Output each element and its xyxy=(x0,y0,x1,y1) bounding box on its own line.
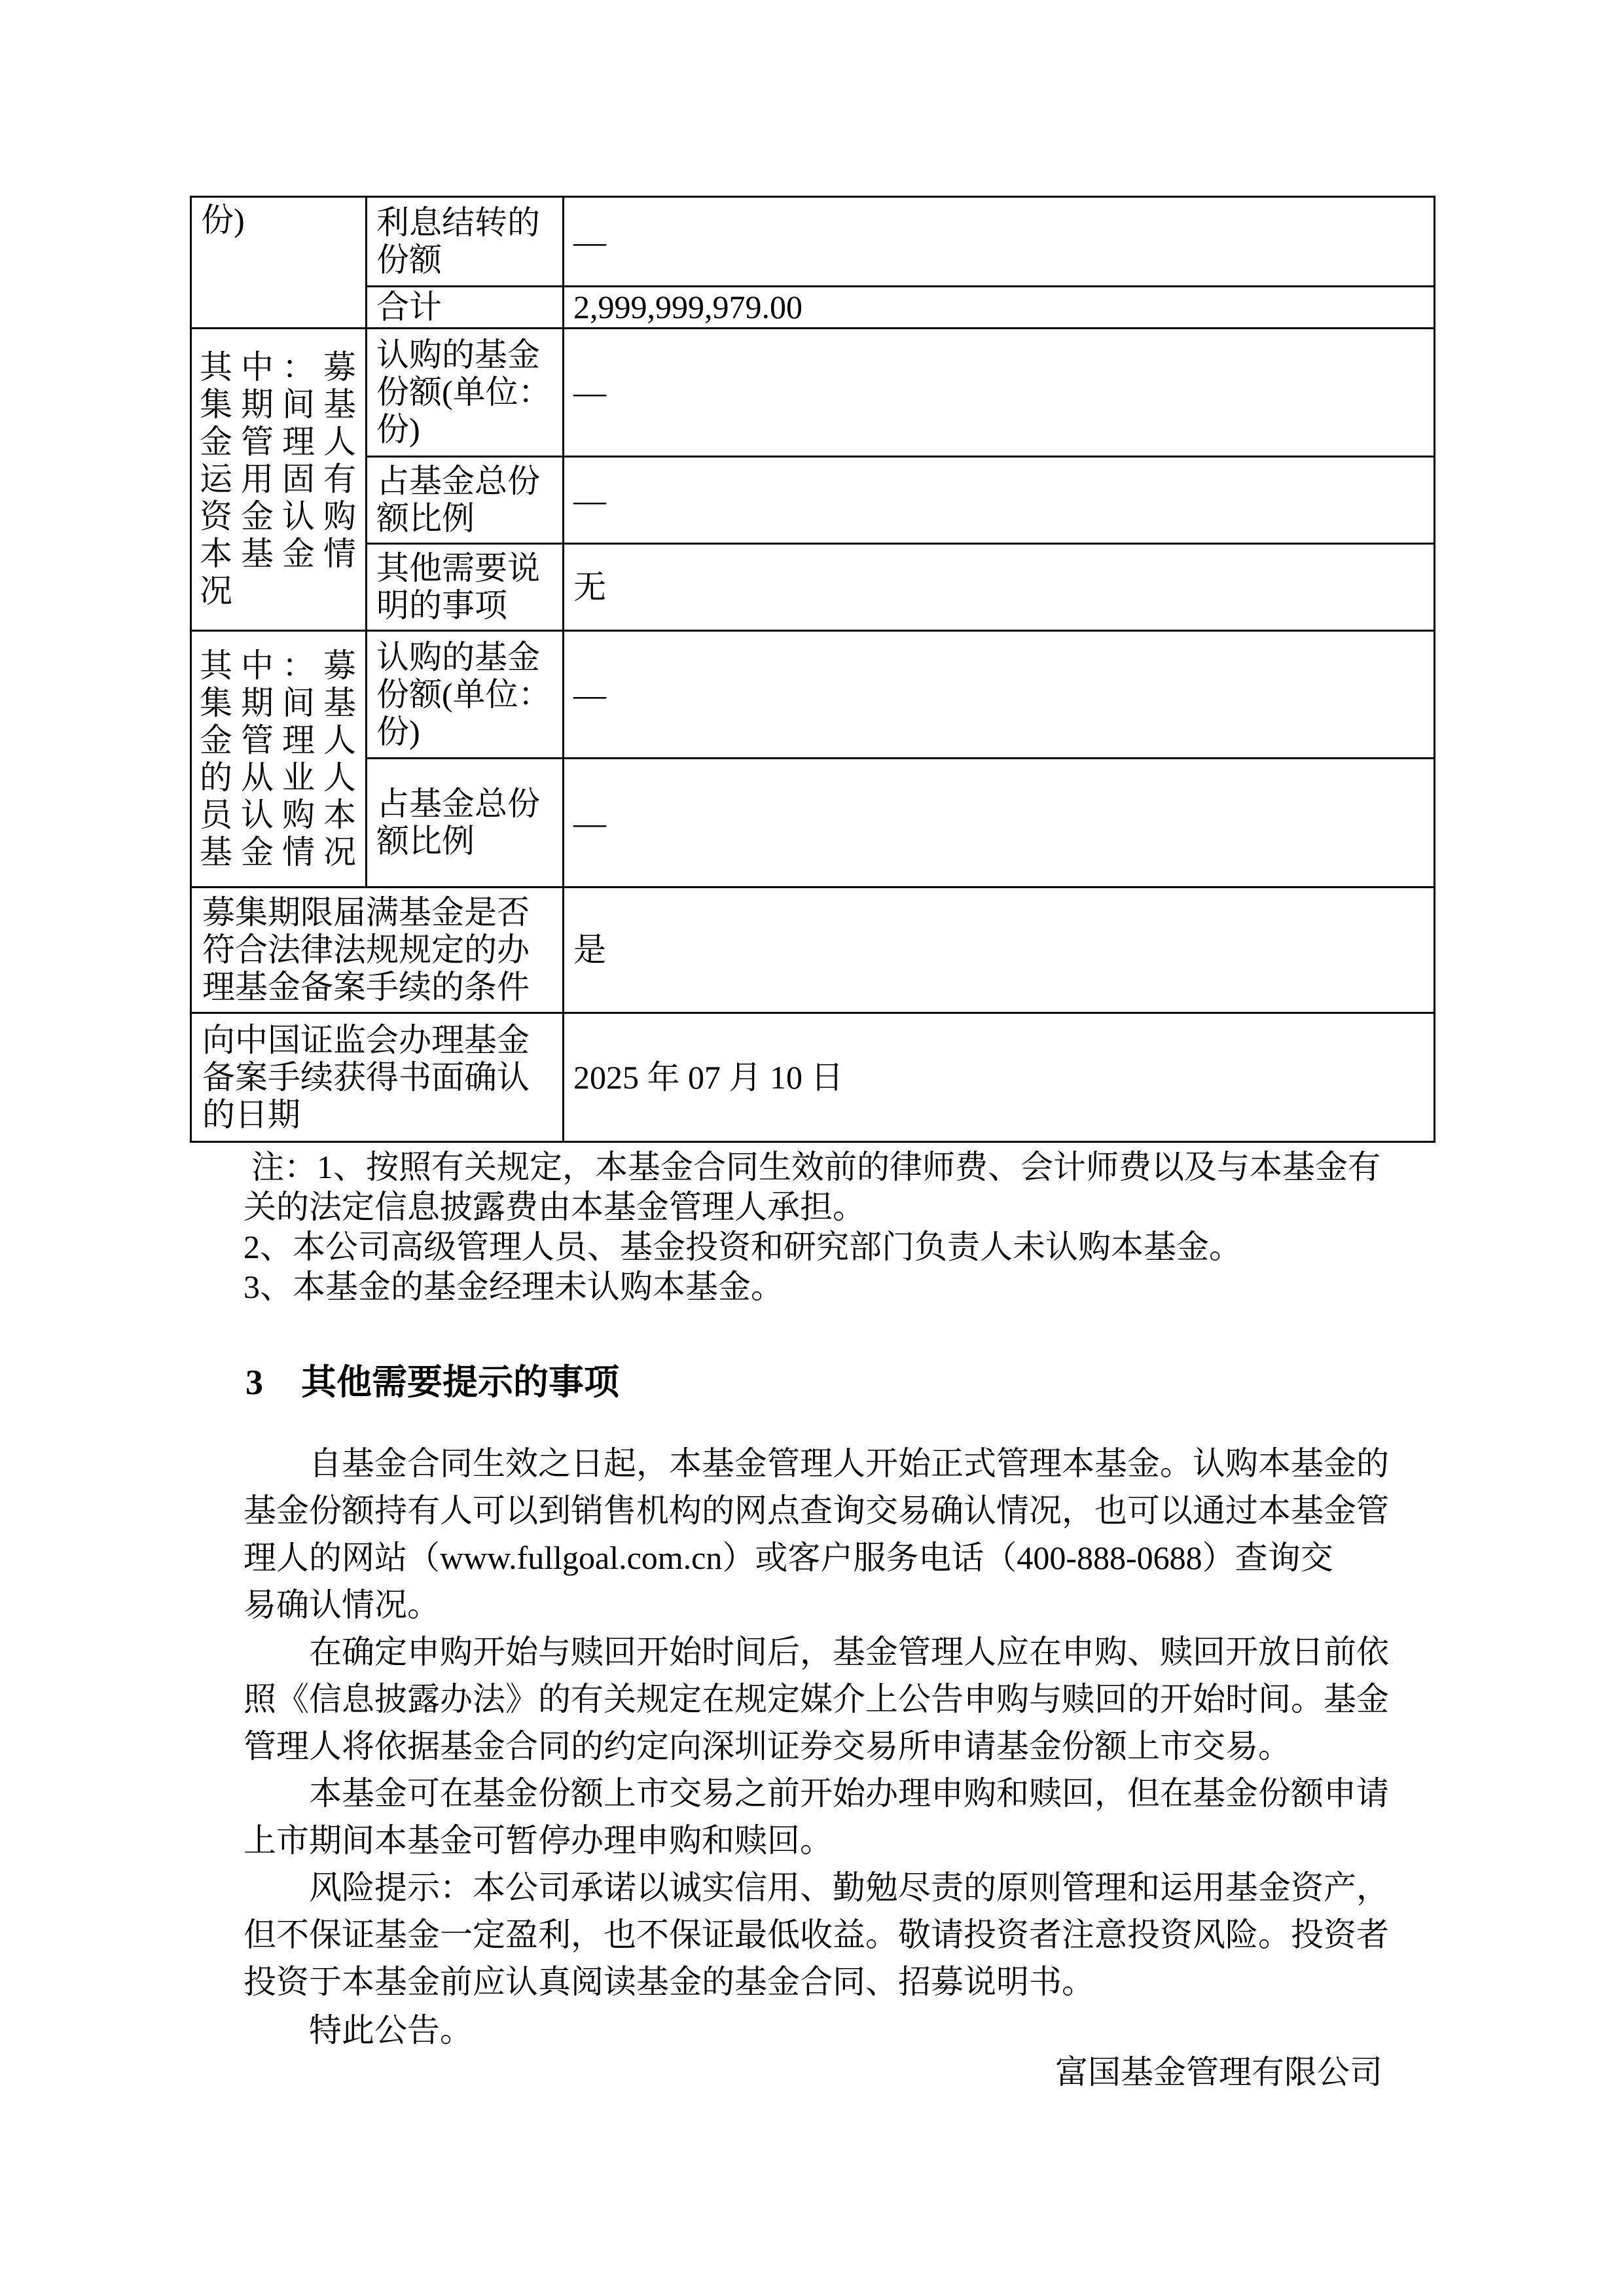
table-row: 其中：募 集期间基 金管理人 的从业人 员认购本 基金情况 认购的基金 份额(单… xyxy=(191,631,1435,759)
table-row: 合计 2,999,999,979.00 xyxy=(191,287,1435,329)
paragraph-fund-effective: 自基金合同生效之日起，本基金管理人开始正式管理本基金。认购本基金的 基金份额持有… xyxy=(244,1440,1398,1628)
table-cell-filing-condition-value: 是 xyxy=(564,888,1435,1013)
table-cell-interest-carryover-label: 利息结转的 份额 xyxy=(367,197,564,287)
table-cell-csrc-confirmation-date-label: 向中国证监会办理基金 备案手续获得书面确认 的日期 xyxy=(191,1013,564,1142)
table-cell-subscribed-shares-label: 认购的基金 份额(单位： 份) xyxy=(367,329,564,457)
table-cell-subscribed-shares-value: — xyxy=(564,329,1435,457)
table-cell-csrc-confirmation-date-value: 2025 年 07 月 10 日 xyxy=(564,1013,1435,1142)
table-cell-manager-staff-group-label: 其中：募 集期间基 金管理人 的从业人 员认购本 基金情况 xyxy=(191,631,367,888)
paragraph-purchase-redemption-announcement: 在确定申购开始与赎回开始时间后，基金管理人应在申购、赎回开放日前依 照《信息披露… xyxy=(244,1628,1398,1770)
paragraph-risk-notice: 风险提示：本公司承诺以诚实信用、勤勉尽责的原则管理和运用基金资产， 但不保证基金… xyxy=(244,1864,1398,2005)
table-cell-staff-subscribed-shares-value: — xyxy=(564,631,1435,759)
table-row: 募集期限届满基金是否 符合法律法规规定的办 理基金备案手续的条件 是 xyxy=(191,888,1435,1013)
table-cell-share-ratio-value: — xyxy=(564,457,1435,544)
table-row: 占基金总份 额比例 — xyxy=(191,759,1435,888)
body-paragraphs: 自基金合同生效之日起，本基金管理人开始正式管理本基金。认购本基金的 基金份额持有… xyxy=(244,1440,1398,2005)
section-title: 其他需要提示的事项 xyxy=(301,1363,619,1402)
table-cell-interest-carryover-value: — xyxy=(564,197,1435,287)
table-cell-staff-share-ratio-label: 占基金总份 额比例 xyxy=(367,759,564,888)
table-row: 份) 利息结转的 份额 — xyxy=(191,197,1435,287)
table-row: 占基金总份 额比例 — xyxy=(191,457,1435,544)
table-cell-manager-own-funds-group-label: 其中：募 集期间基 金管理人 运用固有 资金认购 本基金情 况 xyxy=(191,329,367,631)
table-row: 其他需要说 明的事项 无 xyxy=(191,544,1435,631)
table-cell-staff-subscribed-shares-label: 认购的基金 份额(单位： 份) xyxy=(367,631,564,759)
section-heading: 3 其他需要提示的事项 xyxy=(245,1363,619,1402)
section-number: 3 xyxy=(245,1363,263,1402)
table-cell-other-matters-value: 无 xyxy=(564,544,1435,631)
closing-announcement: 特此公告。 xyxy=(244,2011,473,2050)
company-signature: 富国基金管理有限公司 xyxy=(244,2053,1382,2092)
table-notes: 注：1、按照有关规定，本基金合同生效前的律师费、会计师费以及与本基金有 关的法定… xyxy=(244,1147,1422,1307)
table-cell-other-matters-label: 其他需要说 明的事项 xyxy=(367,544,564,631)
table-cell-filing-condition-label: 募集期限届满基金是否 符合法律法规规定的办 理基金备案手续的条件 xyxy=(191,888,564,1013)
table-cell-share-ratio-label: 占基金总份 额比例 xyxy=(367,457,564,544)
table-cell-staff-share-ratio-value: — xyxy=(564,759,1435,888)
fund-subscription-table: 份) 利息结转的 份额 — 合计 2,999,999,979.00 其中：募 集… xyxy=(190,196,1435,1143)
table-row: 向中国证监会办理基金 备案手续获得书面确认 的日期 2025 年 07 月 10… xyxy=(191,1013,1435,1142)
table-cell-total-value: 2,999,999,979.00 xyxy=(564,287,1435,329)
table-row: 其中：募 集期间基 金管理人 运用固有 资金认购 本基金情 况 认购的基金 份额… xyxy=(191,329,1435,457)
document-page: 份) 利息结转的 份额 — 合计 2,999,999,979.00 其中：募 集… xyxy=(0,0,1624,2296)
table-cell-total-label: 合计 xyxy=(367,287,564,329)
table-cell-carryover-continuation: 份) xyxy=(191,197,367,329)
paragraph-pre-listing-purchase: 本基金可在基金份额上市交易之前开始办理申购和赎回，但在基金份额申请 上市期间本基… xyxy=(244,1770,1398,1864)
